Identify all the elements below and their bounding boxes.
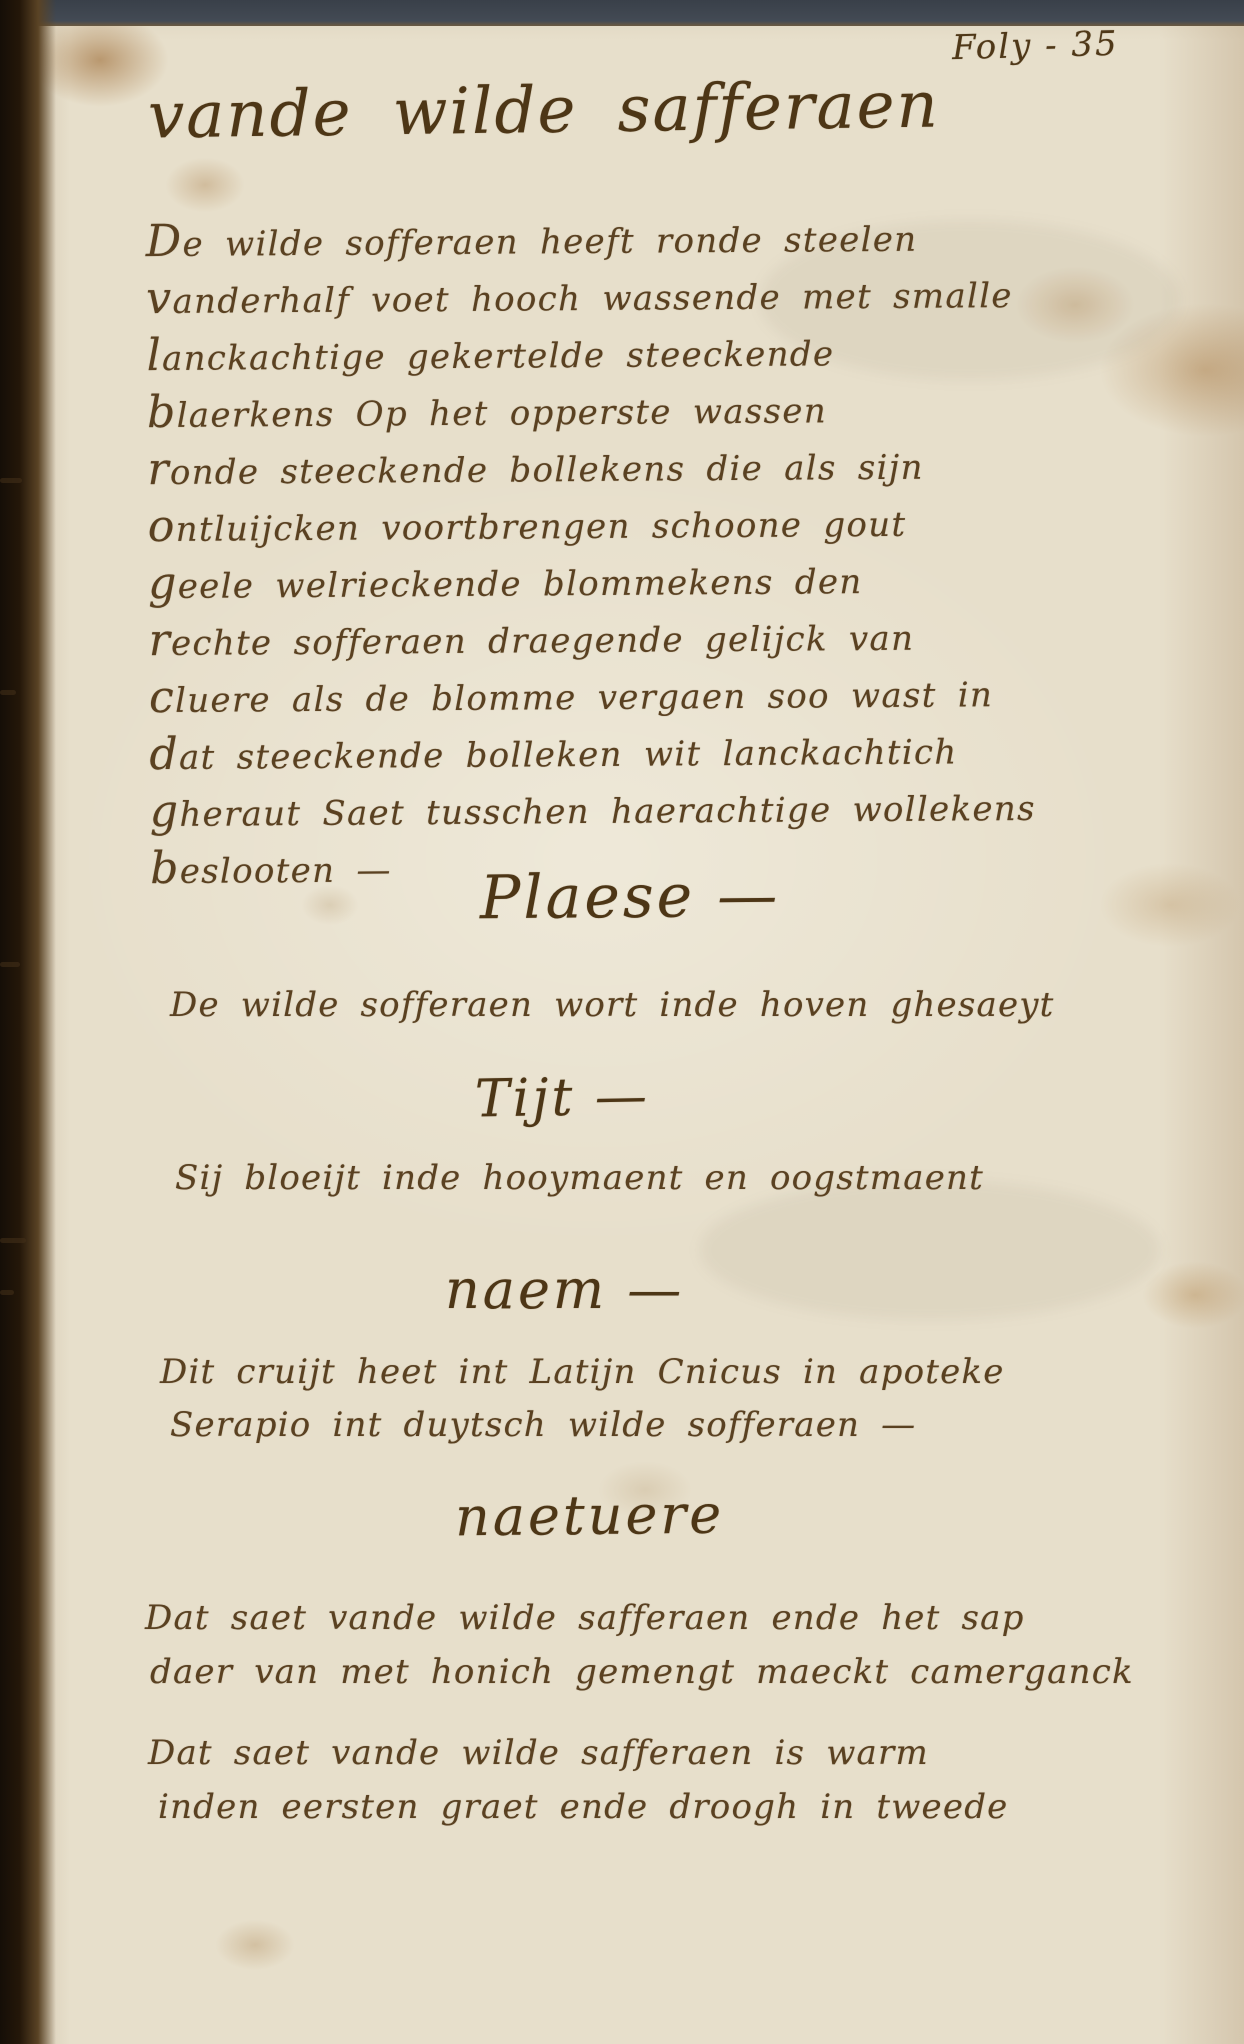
- book-binding-gutter: [0, 0, 56, 2044]
- plaetse-text: De wilde sofferaen wort inde hoven ghesa…: [170, 985, 1055, 1025]
- naem-text-line: Serapio int duytsch wilde sofferaen —: [170, 1405, 916, 1445]
- description-line: geele welrieckende blommekens den: [148, 551, 1034, 614]
- description-line: ontluijcken voortbrengen schoone gout: [148, 494, 1034, 557]
- edge-mark: [0, 962, 20, 967]
- naem-text-line: Dit cruijt heet int Latijn Cnicus in apo…: [160, 1352, 1005, 1392]
- naetuere-text-line: Dat saet vande wilde safferaen ende het …: [145, 1598, 1025, 1638]
- description-line: lanckachtige gekertelde steeckende: [146, 323, 1032, 386]
- description-line: cluere als de blomme vergaen soo wast in: [149, 665, 1035, 728]
- photo-top-edge: [0, 0, 1244, 26]
- edge-mark: [0, 478, 22, 483]
- manuscript-photo: Foly - 35 vande wilde safferaen De wilde…: [0, 0, 1244, 2044]
- section-heading-plaetse: Plaese —: [480, 861, 781, 934]
- naetuere-text-line: inden eersten graet ende droogh in tweed…: [158, 1787, 1009, 1827]
- description-line: rechte sofferaen draegende gelijck van: [148, 608, 1034, 671]
- naetuere-text-line: Dat saet vande wilde safferaen is warm: [148, 1733, 929, 1773]
- section-heading-naem: naem —: [445, 1258, 684, 1321]
- description-line: gheraut Saet tusschen haerachtige wollek…: [150, 779, 1036, 842]
- edge-mark: [0, 1238, 26, 1243]
- description-line: dat steeckende bolleken wit lanckachtich: [149, 722, 1035, 785]
- naetuere-text-line: daer van met honich gemengt maeckt camer…: [150, 1652, 1134, 1692]
- description-line: vanderhalf voet hooch wassende met small…: [146, 266, 1032, 329]
- description-line: ronde steeckende bollekens die als sijn: [147, 437, 1033, 500]
- edge-mark: [0, 690, 16, 695]
- edge-mark: [0, 1290, 14, 1295]
- tijt-text: Sij bloeijt inde hooymaent en oogstmaent: [175, 1158, 984, 1198]
- description-line: De wilde sofferaen heeft ronde steelen: [146, 209, 1032, 272]
- show-through-smudge: [700, 1180, 1160, 1320]
- folio-number: Foly - 35: [952, 24, 1120, 68]
- description-line: blaerkens Op het opperste wassen: [147, 380, 1033, 443]
- description-paragraph: De wilde sofferaen heeft ronde steelen v…: [146, 209, 1037, 899]
- page-title: vande wilde safferaen: [148, 68, 941, 153]
- section-heading-naetuere: naetuere: [455, 1483, 725, 1549]
- section-heading-tijt: Tijt —: [474, 1066, 650, 1129]
